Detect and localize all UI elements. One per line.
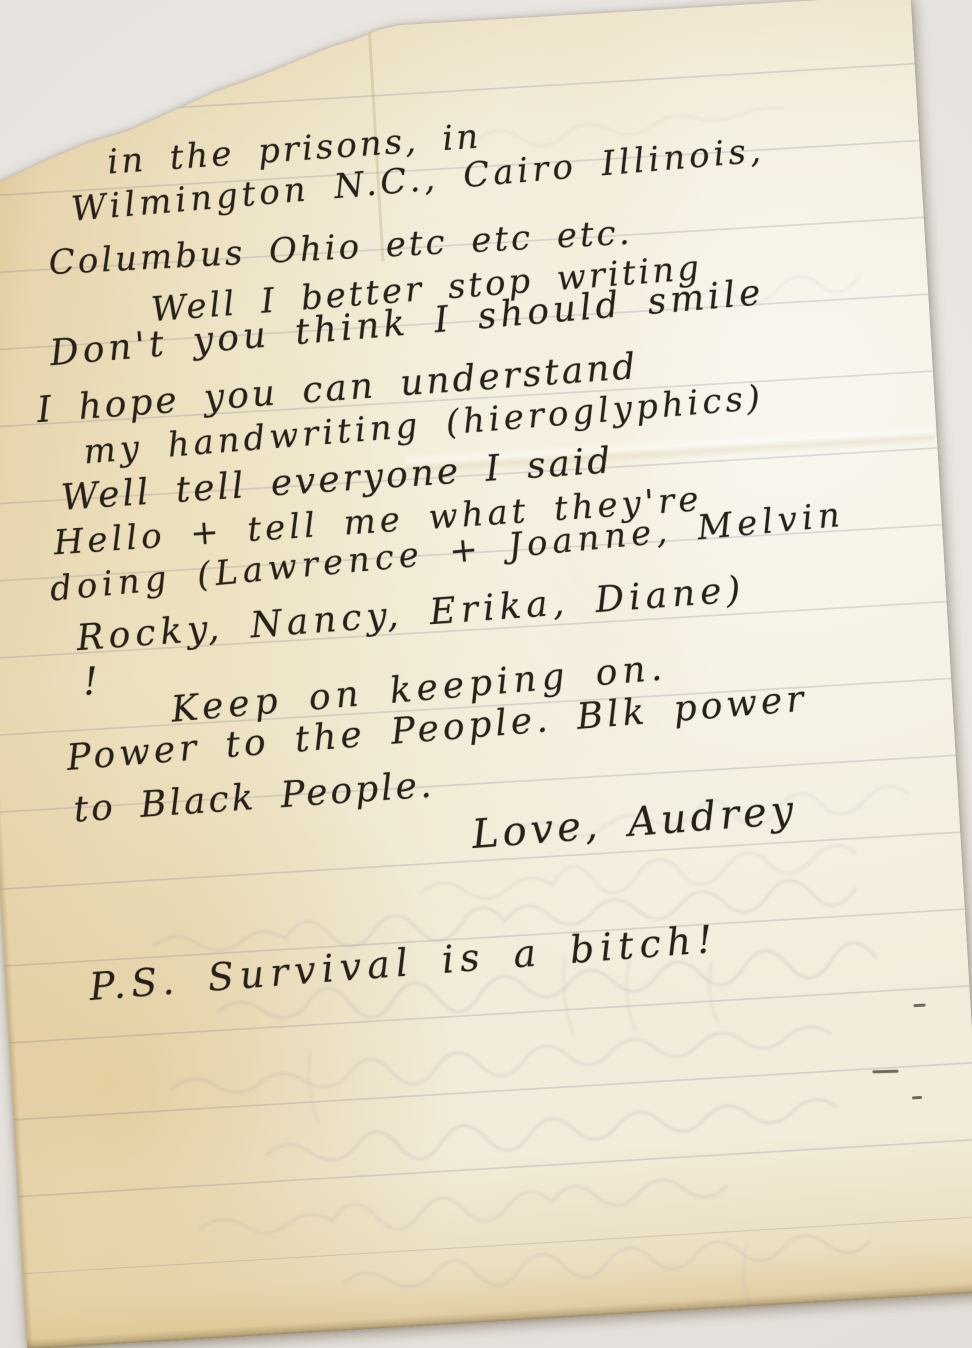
paper-sheet: in the prisons, in Wilmington N.C., Cair… — [0, 0, 972, 1348]
letter-line: to Black People. — [72, 765, 435, 831]
letter-paper: in the prisons, in Wilmington N.C., Cair… — [0, 0, 972, 1348]
postscript-line: P.S. Survival is a bitch! — [88, 917, 720, 1009]
signature-line: Love, Audrey — [470, 787, 799, 858]
letter-body: in the prisons, in Wilmington N.C., Cair… — [0, 0, 972, 1348]
ink-speck — [872, 1070, 898, 1074]
letter-line-exclamation: ! — [82, 659, 103, 704]
ink-speck — [912, 1096, 922, 1100]
scan-background: in the prisons, in Wilmington N.C., Cair… — [0, 0, 972, 1348]
